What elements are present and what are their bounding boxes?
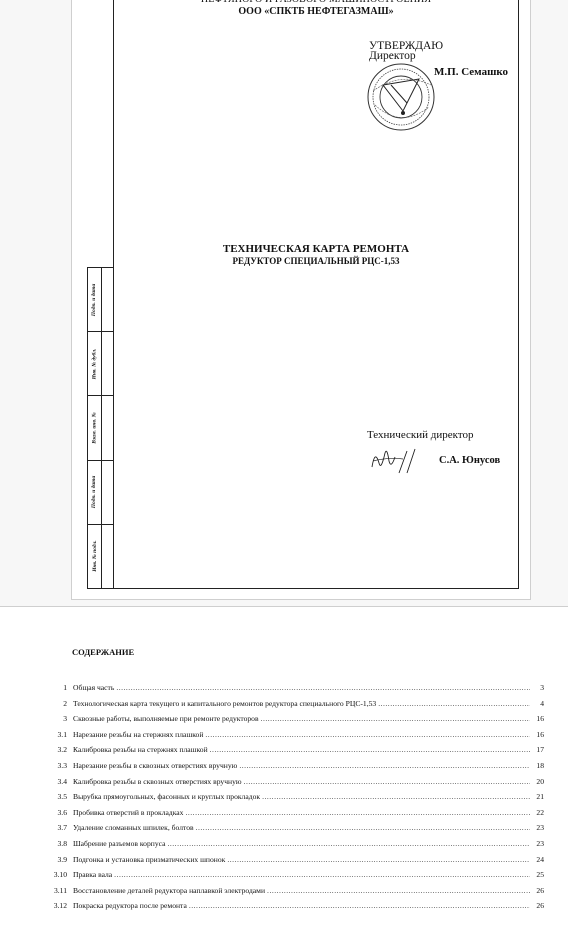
toc-entry[interactable]: 3.11Восстановление деталей редуктора нап…: [48, 883, 544, 899]
toc-entry-number: 3.12: [48, 898, 73, 914]
toc-leader-dots: [227, 852, 530, 868]
toc-entry[interactable]: 3.5Вырубка прямоугольных, фасонных и кру…: [48, 789, 544, 805]
toc-entry-label: Удаление сломанных шпилек, болтов: [73, 820, 194, 836]
toc-entry[interactable]: 3.7Удаление сломанных шпилек, болтов23: [48, 820, 544, 836]
toc-entry-page: 3: [532, 680, 544, 696]
stamp-cell: Взам. инв. №: [88, 396, 113, 460]
toc-entry[interactable]: 3.3Нарезание резьбы в сквозных отверстия…: [48, 758, 544, 774]
stamp-label: Инв. № дубл.: [92, 348, 98, 379]
toc-entry-page: 23: [532, 820, 544, 836]
approver-name: М.П. Семашко: [434, 66, 508, 78]
toc-entry[interactable]: 3.1Нарезание резьбы на стержнях плашкой1…: [48, 727, 544, 743]
toc-leader-dots: [185, 805, 530, 821]
stamp-label: Инв. № подл.: [92, 541, 98, 573]
stamp-cell: Подп. и дата: [88, 268, 113, 332]
toc-entry-label: Калибровка резьбы на стержнях плашкой: [73, 742, 208, 758]
toc-entry-page: 26: [532, 898, 544, 914]
toc-entry[interactable]: 2Технологическая карта текущего и капита…: [48, 696, 544, 712]
signature-icon: [369, 445, 424, 475]
toc-entry-number: 3: [48, 711, 73, 727]
toc-entry[interactable]: 3Сквозные работы, выполняемые при ремонт…: [48, 711, 544, 727]
toc-leader-dots: [239, 758, 530, 774]
stamp-cell: Инв. № дубл.: [88, 332, 113, 396]
toc-leader-dots: [205, 727, 530, 743]
toc-leader-dots: [189, 898, 530, 914]
toc-entry-page: 20: [532, 774, 544, 790]
toc-leader-dots: [261, 711, 530, 727]
toc-entry-page: 16: [532, 727, 544, 743]
toc-entry-page: 25: [532, 867, 544, 883]
organization-line-1: НЕФТЯНОГО И ГАЗОВОГО МАШИНОСТРОЕНИЯ: [114, 0, 518, 5]
toc-entry-label: Шабрение разъемов корпуса: [73, 836, 165, 852]
toc-entry-number: 3.3: [48, 758, 73, 774]
toc-entry-number: 3.2: [48, 742, 73, 758]
toc-entry-number: 3.9: [48, 852, 73, 868]
toc-entry-number: 2: [48, 696, 73, 712]
drawing-frame: НЕФТЯНОГО И ГАЗОВОГО МАШИНОСТРОЕНИЯ ООО …: [113, 0, 519, 589]
toc-entry-label: Восстановление деталей редуктора наплавк…: [73, 883, 265, 899]
toc-entry-page: 18: [532, 758, 544, 774]
stamp-label: Подп. и дата: [92, 476, 98, 508]
toc-leader-dots: [210, 742, 530, 758]
toc-entry[interactable]: 3.4Калибровка резьбы в сквозных отверсти…: [48, 774, 544, 790]
toc-entry-page: 22: [532, 805, 544, 821]
toc-entry-number: 3.7: [48, 820, 73, 836]
toc-leader-dots: [167, 836, 530, 852]
toc-entry[interactable]: 3.8Шабрение разъемов корпуса23: [48, 836, 544, 852]
stamp-cell: Подп. и дата: [88, 461, 113, 525]
table-of-contents: 1Общая часть32Технологическая карта теку…: [48, 680, 544, 914]
margin-stamp-column: Подп. и дата Инв. № дубл. Взам. инв. № П…: [87, 267, 113, 589]
approval-block: УТВЕРЖДАЮ Директор: [369, 40, 443, 62]
toc-entry-number: 3.5: [48, 789, 73, 805]
document-page-1: НЕФТЯНОГО И ГАЗОВОГО МАШИНОСТРОЕНИЯ ООО …: [71, 0, 531, 600]
toc-leader-dots: [116, 680, 530, 696]
toc-leader-dots: [244, 774, 530, 790]
toc-entry[interactable]: 1Общая часть3: [48, 680, 544, 696]
stamp-label: Подп. и дата: [92, 283, 98, 315]
signer-role: Технический директор: [367, 429, 473, 441]
toc-entry[interactable]: 3.2Калибровка резьбы на стержнях плашкой…: [48, 742, 544, 758]
toc-entry-number: 3.1: [48, 727, 73, 743]
toc-leader-dots: [114, 867, 530, 883]
toc-entry-label: Технологическая карта текущего и капитал…: [73, 696, 376, 712]
toc-entry-page: 16: [532, 711, 544, 727]
toc-entry-page: 4: [532, 696, 544, 712]
toc-entry-label: Калибровка резьбы в сквозных отверстиях …: [73, 774, 242, 790]
toc-entry-label: Вырубка прямоугольных, фасонных и круглы…: [73, 789, 260, 805]
toc-leader-dots: [378, 696, 530, 712]
stamp-label: Взам. инв. №: [92, 412, 98, 443]
toc-leader-dots: [267, 883, 530, 899]
toc-entry[interactable]: 3.6Пробивка отверстий в прокладках22: [48, 805, 544, 821]
toc-entry-label: Правка вала: [73, 867, 112, 883]
toc-entry-number: 3.4: [48, 774, 73, 790]
toc-entry-number: 3.6: [48, 805, 73, 821]
toc-entry-label: Покраска редуктора после ремонта: [73, 898, 187, 914]
toc-entry-number: 3.8: [48, 836, 73, 852]
toc-leader-dots: [262, 789, 530, 805]
toc-entry-label: Сквозные работы, выполняемые при ремонте…: [73, 711, 259, 727]
toc-entry-label: Нарезание резьбы на стержнях плашкой: [73, 727, 203, 743]
toc-entry-page: 24: [532, 852, 544, 868]
toc-entry-label: Пробивка отверстий в прокладках: [73, 805, 183, 821]
signer-name: С.А. Юнусов: [439, 455, 500, 466]
toc-entry-page: 21: [532, 789, 544, 805]
toc-entry-page: 23: [532, 836, 544, 852]
toc-leader-dots: [196, 820, 530, 836]
toc-entry[interactable]: 3.9Подгонка и установка призматических ш…: [48, 852, 544, 868]
document-page-2: СОДЕРЖАНИЕ 1Общая часть32Технологическая…: [0, 607, 568, 933]
organization-line-2: ООО «СПКТБ НЕФТЕГАЗМАШ»: [114, 6, 518, 17]
toc-entry-page: 17: [532, 742, 544, 758]
toc-entry-label: Общая часть: [73, 680, 114, 696]
toc-entry-page: 26: [532, 883, 544, 899]
toc-heading: СОДЕРЖАНИЕ: [72, 647, 134, 657]
toc-entry[interactable]: 3.12Покраска редуктора после ремонта26: [48, 898, 544, 914]
toc-entry-number: 3.11: [48, 883, 73, 899]
toc-entry-number: 1: [48, 680, 73, 696]
toc-entry-number: 3.10: [48, 867, 73, 883]
document-subtitle: РЕДУКТОР СПЕЦИАЛЬНЫЙ РЦС-1,53: [114, 256, 518, 266]
stamp-cell: Инв. № подл.: [88, 525, 113, 588]
toc-entry-label: Нарезание резьбы в сквозных отверстиях в…: [73, 758, 237, 774]
toc-entry[interactable]: 3.10Правка вала25: [48, 867, 544, 883]
toc-entry-label: Подгонка и установка призматических шпон…: [73, 852, 225, 868]
document-title: ТЕХНИЧЕСКАЯ КАРТА РЕМОНТА: [114, 243, 518, 255]
